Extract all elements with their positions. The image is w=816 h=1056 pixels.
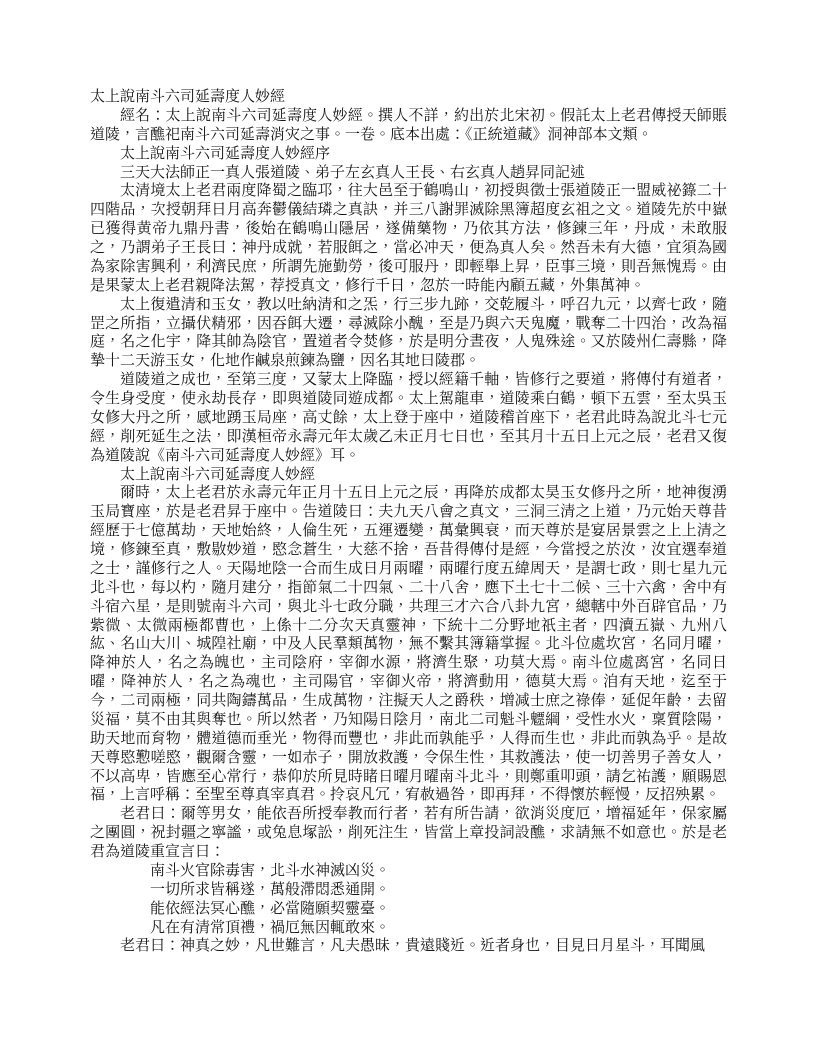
doc-title: 太上說南斗六司延壽度人妙經 <box>90 88 727 107</box>
verse-line: 南斗火官除毒害，北斗水神滅凶災。 <box>90 862 727 881</box>
verse-line: 能依經法冥心醮，必當隨願契靈臺。 <box>90 900 727 919</box>
paragraph: 太清境太上老君兩度降蜀之臨邛，往大邑至于鶴鳴山，初授與徵士張道陵正一盟威祕籙二十… <box>90 182 727 295</box>
colophon-paragraph: 經名：太上說南斗六司延壽度人妙經。撰人不詳，約出於北宋初。假託太上老君傳授天師賬… <box>90 107 727 145</box>
preface-heading: 太上說南斗六司延壽度人妙經序 <box>90 145 727 164</box>
document-page: 太上說南斗六司延壽度人妙經 經名：太上說南斗六司延壽度人妙經。撰人不詳，約出於北… <box>0 0 816 1056</box>
paragraph: 老君曰：爾等男女，能依吾所授奉教而行者，若有所告請，欲消災度厄，增福延年，保家屬… <box>90 805 727 862</box>
scripture-heading: 太上說南斗六司延壽度人妙經 <box>90 466 727 485</box>
paragraph: 爾時，太上老君於永壽元年正月十五日上元之辰，再降於成都太昊玉女修丹之所，地神復湧… <box>90 484 727 805</box>
verse-line: 凡在有清常頂禮，禍厄無因輒敢來。 <box>90 919 727 938</box>
attribution-line: 三天大法師正一真人張道陵、弟子左玄真人王長、右玄真人趙昇同記述 <box>90 164 727 183</box>
paragraph: 太上復遣清和玉女，教以吐納清和之炁，行三步九跡，交乾履斗，呼召九元，以齊七政，隨… <box>90 296 727 372</box>
paragraph: 老君曰：神真之妙，凡世難言，凡夫愚昧，貴遠賤近。近者身也，目見日月星斗，耳聞風 <box>90 937 727 956</box>
verse-line: 一切所求皆稱遂，萬般滯悶悉通開。 <box>90 881 727 900</box>
paragraph: 道陵道之成也，至第三度，又蒙太上降臨，授以經籍千軸，皆修行之要道，將傳付有道者，… <box>90 371 727 465</box>
